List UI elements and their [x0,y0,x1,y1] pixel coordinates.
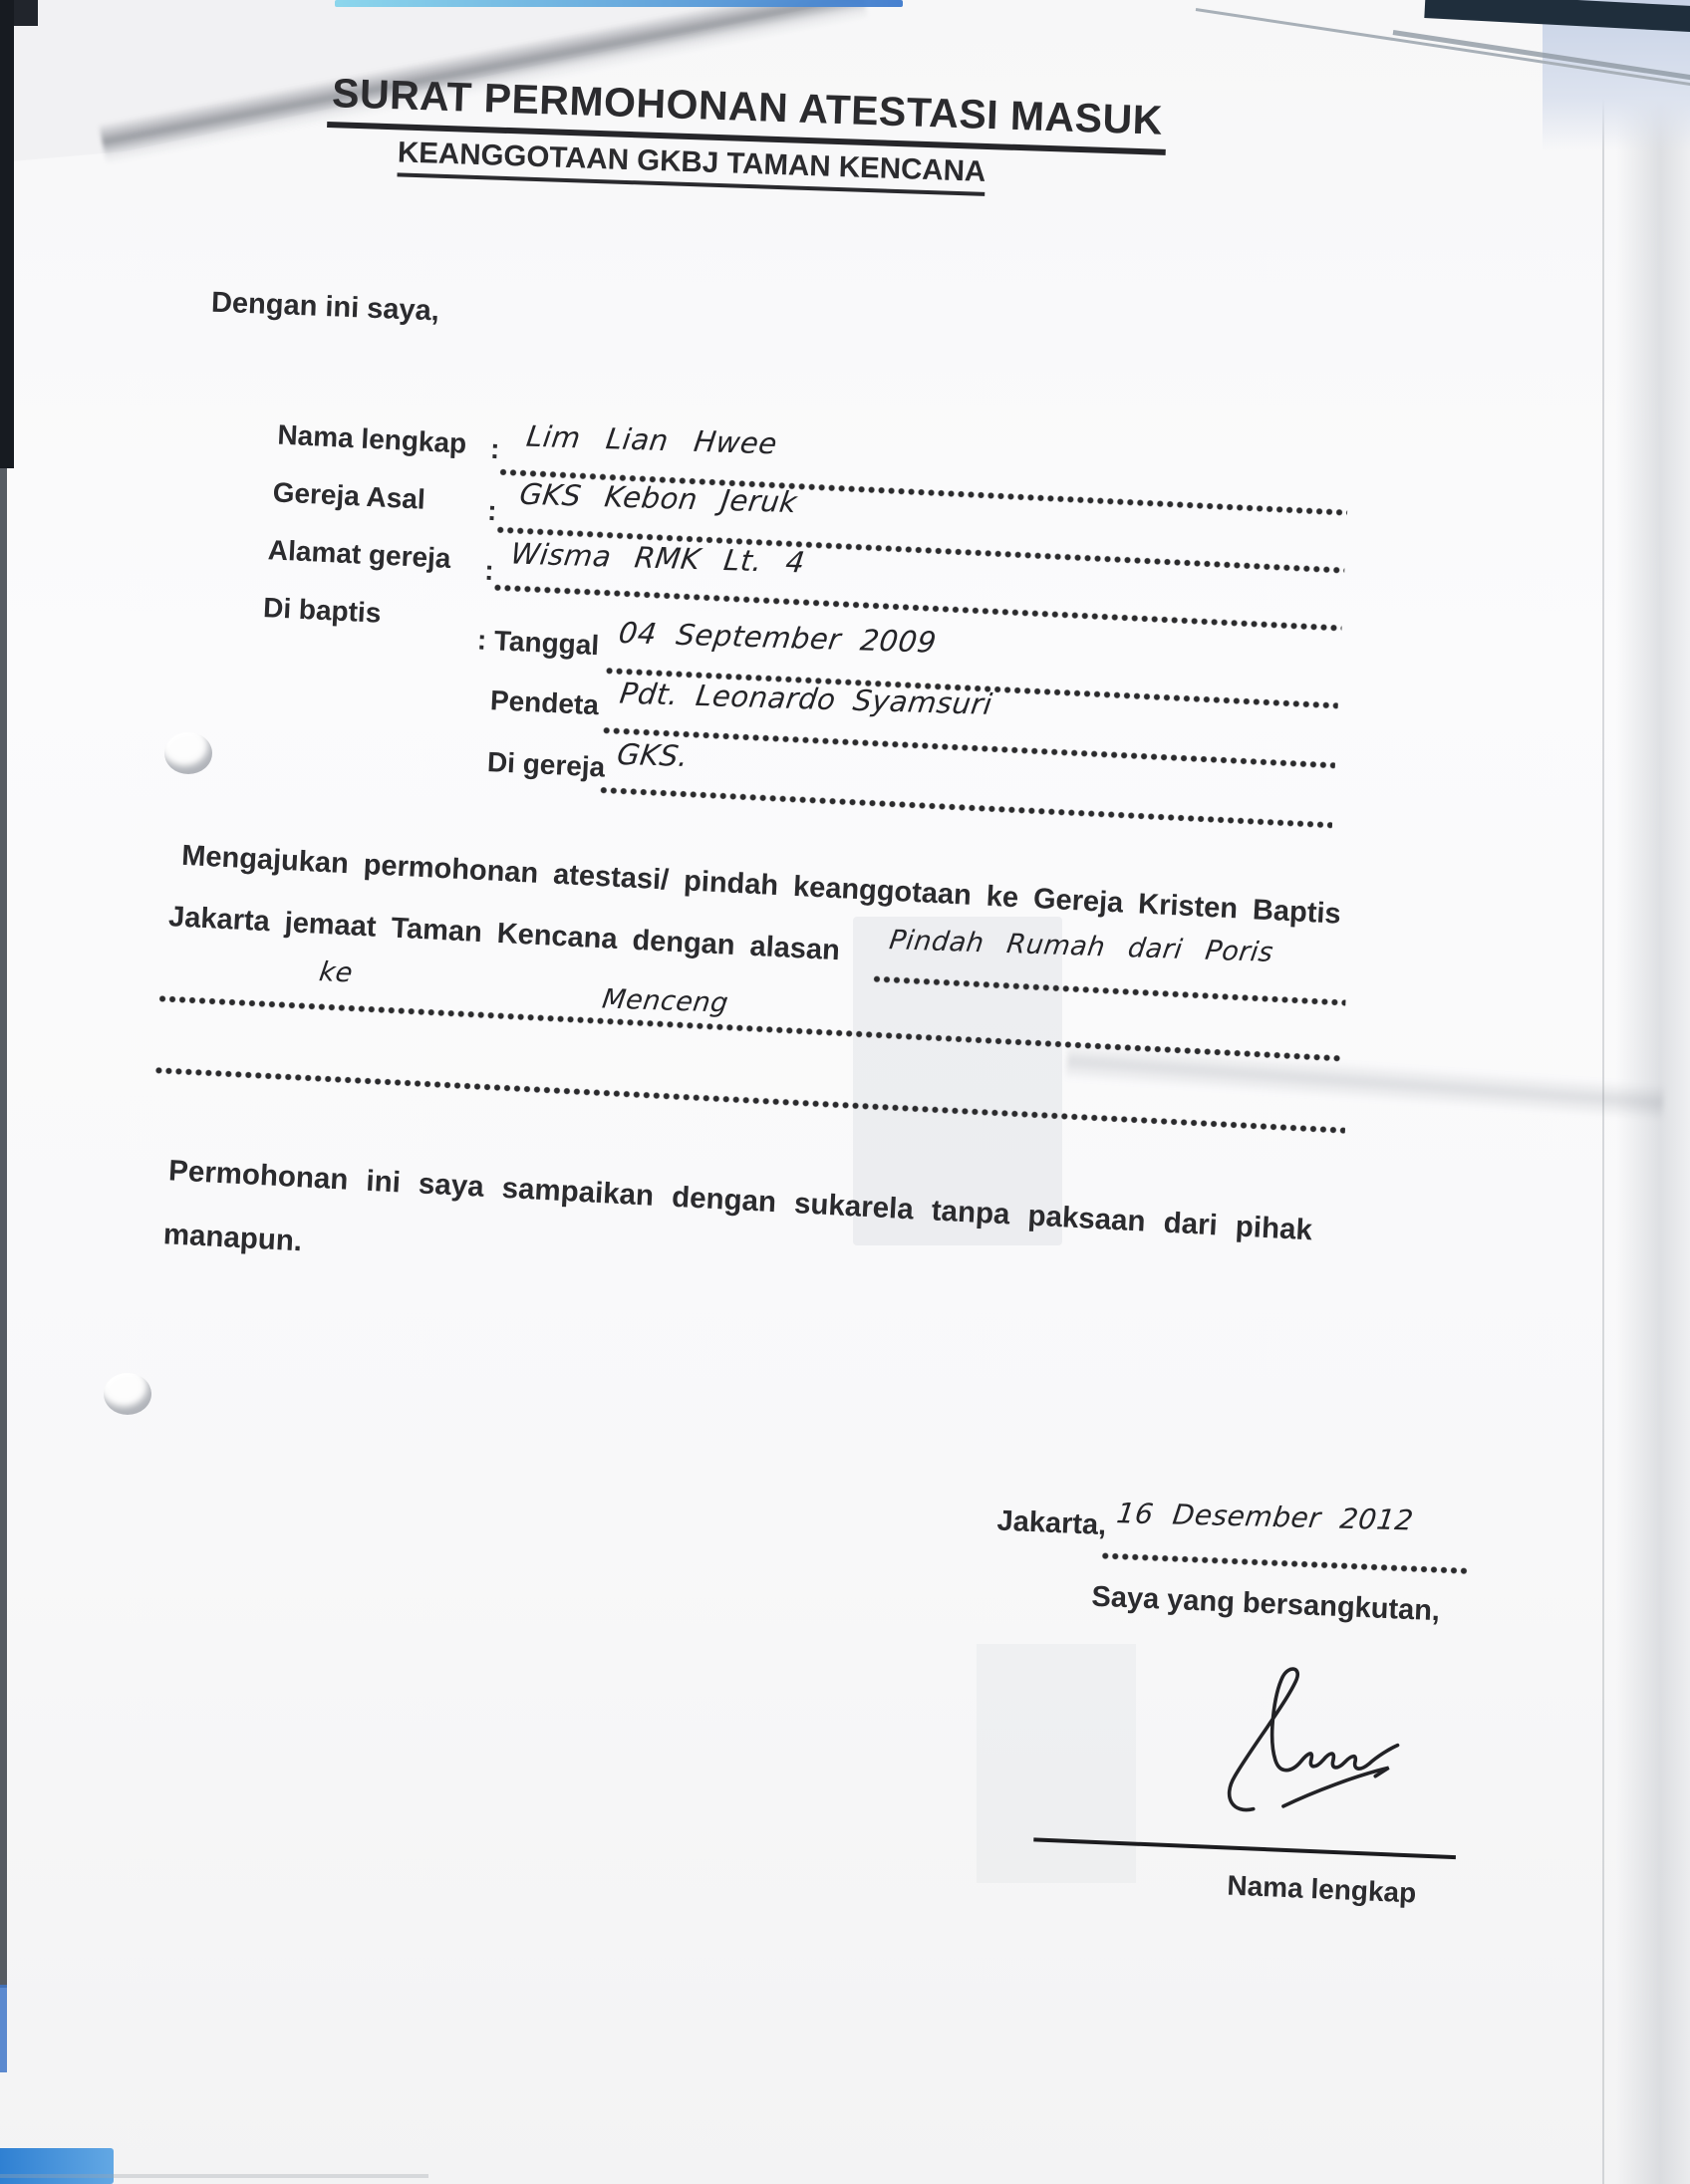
punch-hole [164,732,212,774]
field-label-gereja-asal: Gereja Asal [272,476,425,515]
reason-handwritten-menceng: Menceng [600,984,730,1019]
scan-bottom-left-blue-strip [0,2148,114,2184]
field-label-di-baptis: Di baptis [262,592,382,630]
scan-top-blue-line [335,0,903,7]
field-value-di-gereja: GKS. [615,737,691,773]
scanned-document: SURAT PERMOHONAN ATESTASI MASUK KEANGGOT… [0,0,1690,2184]
dotted-line [600,785,1333,829]
field-label-di-gereja: Di gereja [486,746,606,784]
closing-city: Jakarta, [996,1505,1107,1543]
signature-scribble [1195,1657,1416,1830]
field-value-nama-lengkap: Lim Lian Hwee [524,419,779,460]
field-label-alamat-gereja: Alamat gereja [267,534,451,575]
field-label-tanggal: : Tanggal [476,624,600,662]
scan-left-edge-thin [0,468,7,1988]
field-colon: : [489,433,500,465]
punch-hole [104,1373,151,1415]
ink-bleed-through-2 [977,1644,1136,1883]
field-label-nama-lengkap: Nama lengkap [277,419,467,460]
field-label-pendeta: Pendeta [489,684,599,721]
statement-line-2: manapun. [162,1218,303,1258]
dotted-line [602,726,1335,770]
scan-left-edge-blue [0,1985,7,2072]
scan-bottom-edge-line [0,2174,428,2178]
field-value-tanggal: 04 September 2009 [617,616,939,660]
reason-handwritten-ke: ke [317,956,355,988]
field-value-gereja-asal: GKS Kebon Jeruk [517,477,799,519]
field-colon: : [486,495,497,527]
scan-left-edge-dark [0,0,14,468]
form-fields: Nama lengkap : Lim Lian Hwee Gereja Asal… [248,405,1372,856]
